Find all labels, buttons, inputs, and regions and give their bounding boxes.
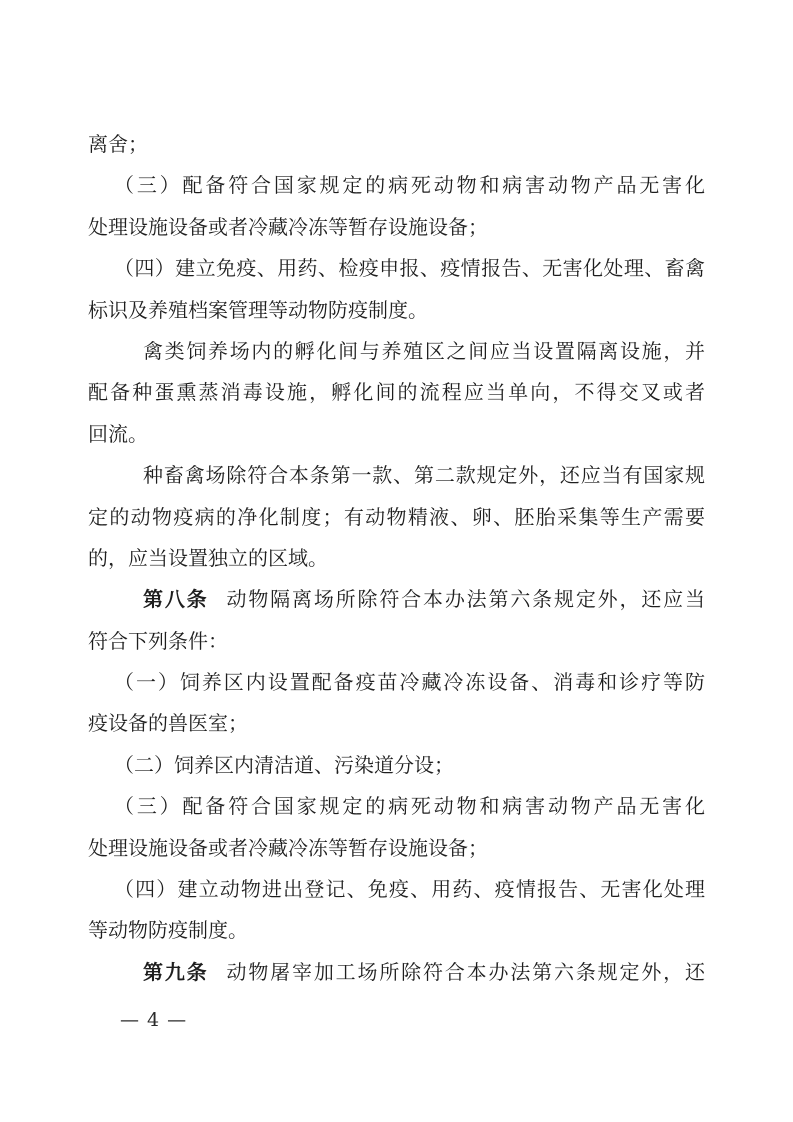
line-text: 种畜禽场除符合本条第一款、第二款规定外，还应当有国家规 [143,463,705,487]
text-line: 的，应当设置独立的区域。 [88,538,705,579]
text-line: 定的动物疫病的净化制度；有动物精液、卵、胚胎采集等生产需要 [88,497,705,538]
article-heading: 第八条 [143,589,209,611]
line-text: （三）配备符合国家规定的病死动物和病害动物产品无害化 [114,173,705,197]
line-text: 禽类饲养场内的孵化间与养殖区之间应当设置隔离设施，并 [143,339,705,363]
text-line: 配备种蛋熏蒸消毒设施，孵化间的流程应当单向，不得交叉或者 [88,372,705,413]
text-line: 第九条动物屠宰加工场所除符合本办法第六条规定外，还 [88,952,705,993]
text-line: 符合下列条件： [88,621,705,662]
line-text: （四）建立免疫、用药、检疫申报、疫情报告、无害化处理、畜禽 [114,256,705,280]
line-text: 动物屠宰加工场所除符合本办法第六条规定外，还 [227,960,706,984]
line-text: 处理设施设备或者冷藏冷冻等暂存设施设备； [88,215,488,239]
line-text: 配备种蛋熏蒸消毒设施，孵化间的流程应当单向，不得交叉或者 [88,380,705,404]
page-number: — 4 — [120,1009,187,1031]
line-text: （二）饲养区内清洁道、污染道分设； [114,753,454,777]
document-body: 离舍；（三）配备符合国家规定的病死动物和病害动物产品无害化处理设施设备或者冷藏冷… [88,124,705,993]
text-line: 第八条动物隔离场所除符合本办法第六条规定外，还应当 [88,579,705,620]
text-line: 回流。 [88,414,705,455]
line-text: 离舍； [88,132,148,156]
document-page: 离舍；（三）配备符合国家规定的病死动物和病害动物产品无害化处理设施设备或者冷藏冷… [0,0,793,1122]
text-line: （二）饲养区内清洁道、污染道分设； [88,745,705,786]
text-line: 禽类饲养场内的孵化间与养殖区之间应当设置隔离设施，并 [88,331,705,372]
text-line: 疫设备的兽医室； [88,703,705,744]
line-text: 处理设施设备或者冷藏冷冻等暂存设施设备； [88,836,488,860]
text-line: 处理设施设备或者冷藏冷冻等暂存设施设备； [88,207,705,248]
line-text: 的，应当设置独立的区域。 [88,546,328,570]
line-text: 定的动物疫病的净化制度；有动物精液、卵、胚胎采集等生产需要 [88,505,705,529]
page-footer: — 4 — [120,1006,187,1034]
line-text: （一）饲养区内设置配备疫苗冷藏冷冻设备、消毒和诊疗等防 [114,670,705,694]
line-text: （四）建立动物进出登记、免疫、用药、疫情报告、无害化处理 [114,877,705,901]
text-line: 标识及养殖档案管理等动物防疫制度。 [88,290,705,331]
text-line: 等动物防疫制度。 [88,910,705,951]
line-text: 符合下列条件： [88,629,228,653]
text-line: （一）饲养区内设置配备疫苗冷藏冷冻设备、消毒和诊疗等防 [88,662,705,703]
line-text: 回流。 [88,422,148,446]
line-text: 标识及养殖档案管理等动物防疫制度。 [88,298,428,322]
text-line: 处理设施设备或者冷藏冷冻等暂存设施设备； [88,828,705,869]
text-line: 种畜禽场除符合本条第一款、第二款规定外，还应当有国家规 [88,455,705,496]
line-text: 疫设备的兽医室； [88,711,248,735]
text-line: （四）建立动物进出登记、免疫、用药、疫情报告、无害化处理 [88,869,705,910]
text-line: 离舍； [88,124,705,165]
text-line: （三）配备符合国家规定的病死动物和病害动物产品无害化 [88,786,705,827]
article-heading: 第九条 [143,962,209,984]
text-line: （三）配备符合国家规定的病死动物和病害动物产品无害化 [88,165,705,206]
line-text: （三）配备符合国家规定的病死动物和病害动物产品无害化 [114,794,705,818]
line-text: 等动物防疫制度。 [88,918,248,942]
text-line: （四）建立免疫、用药、检疫申报、疫情报告、无害化处理、畜禽 [88,248,705,289]
line-text: 动物隔离场所除符合本办法第六条规定外，还应当 [227,587,706,611]
